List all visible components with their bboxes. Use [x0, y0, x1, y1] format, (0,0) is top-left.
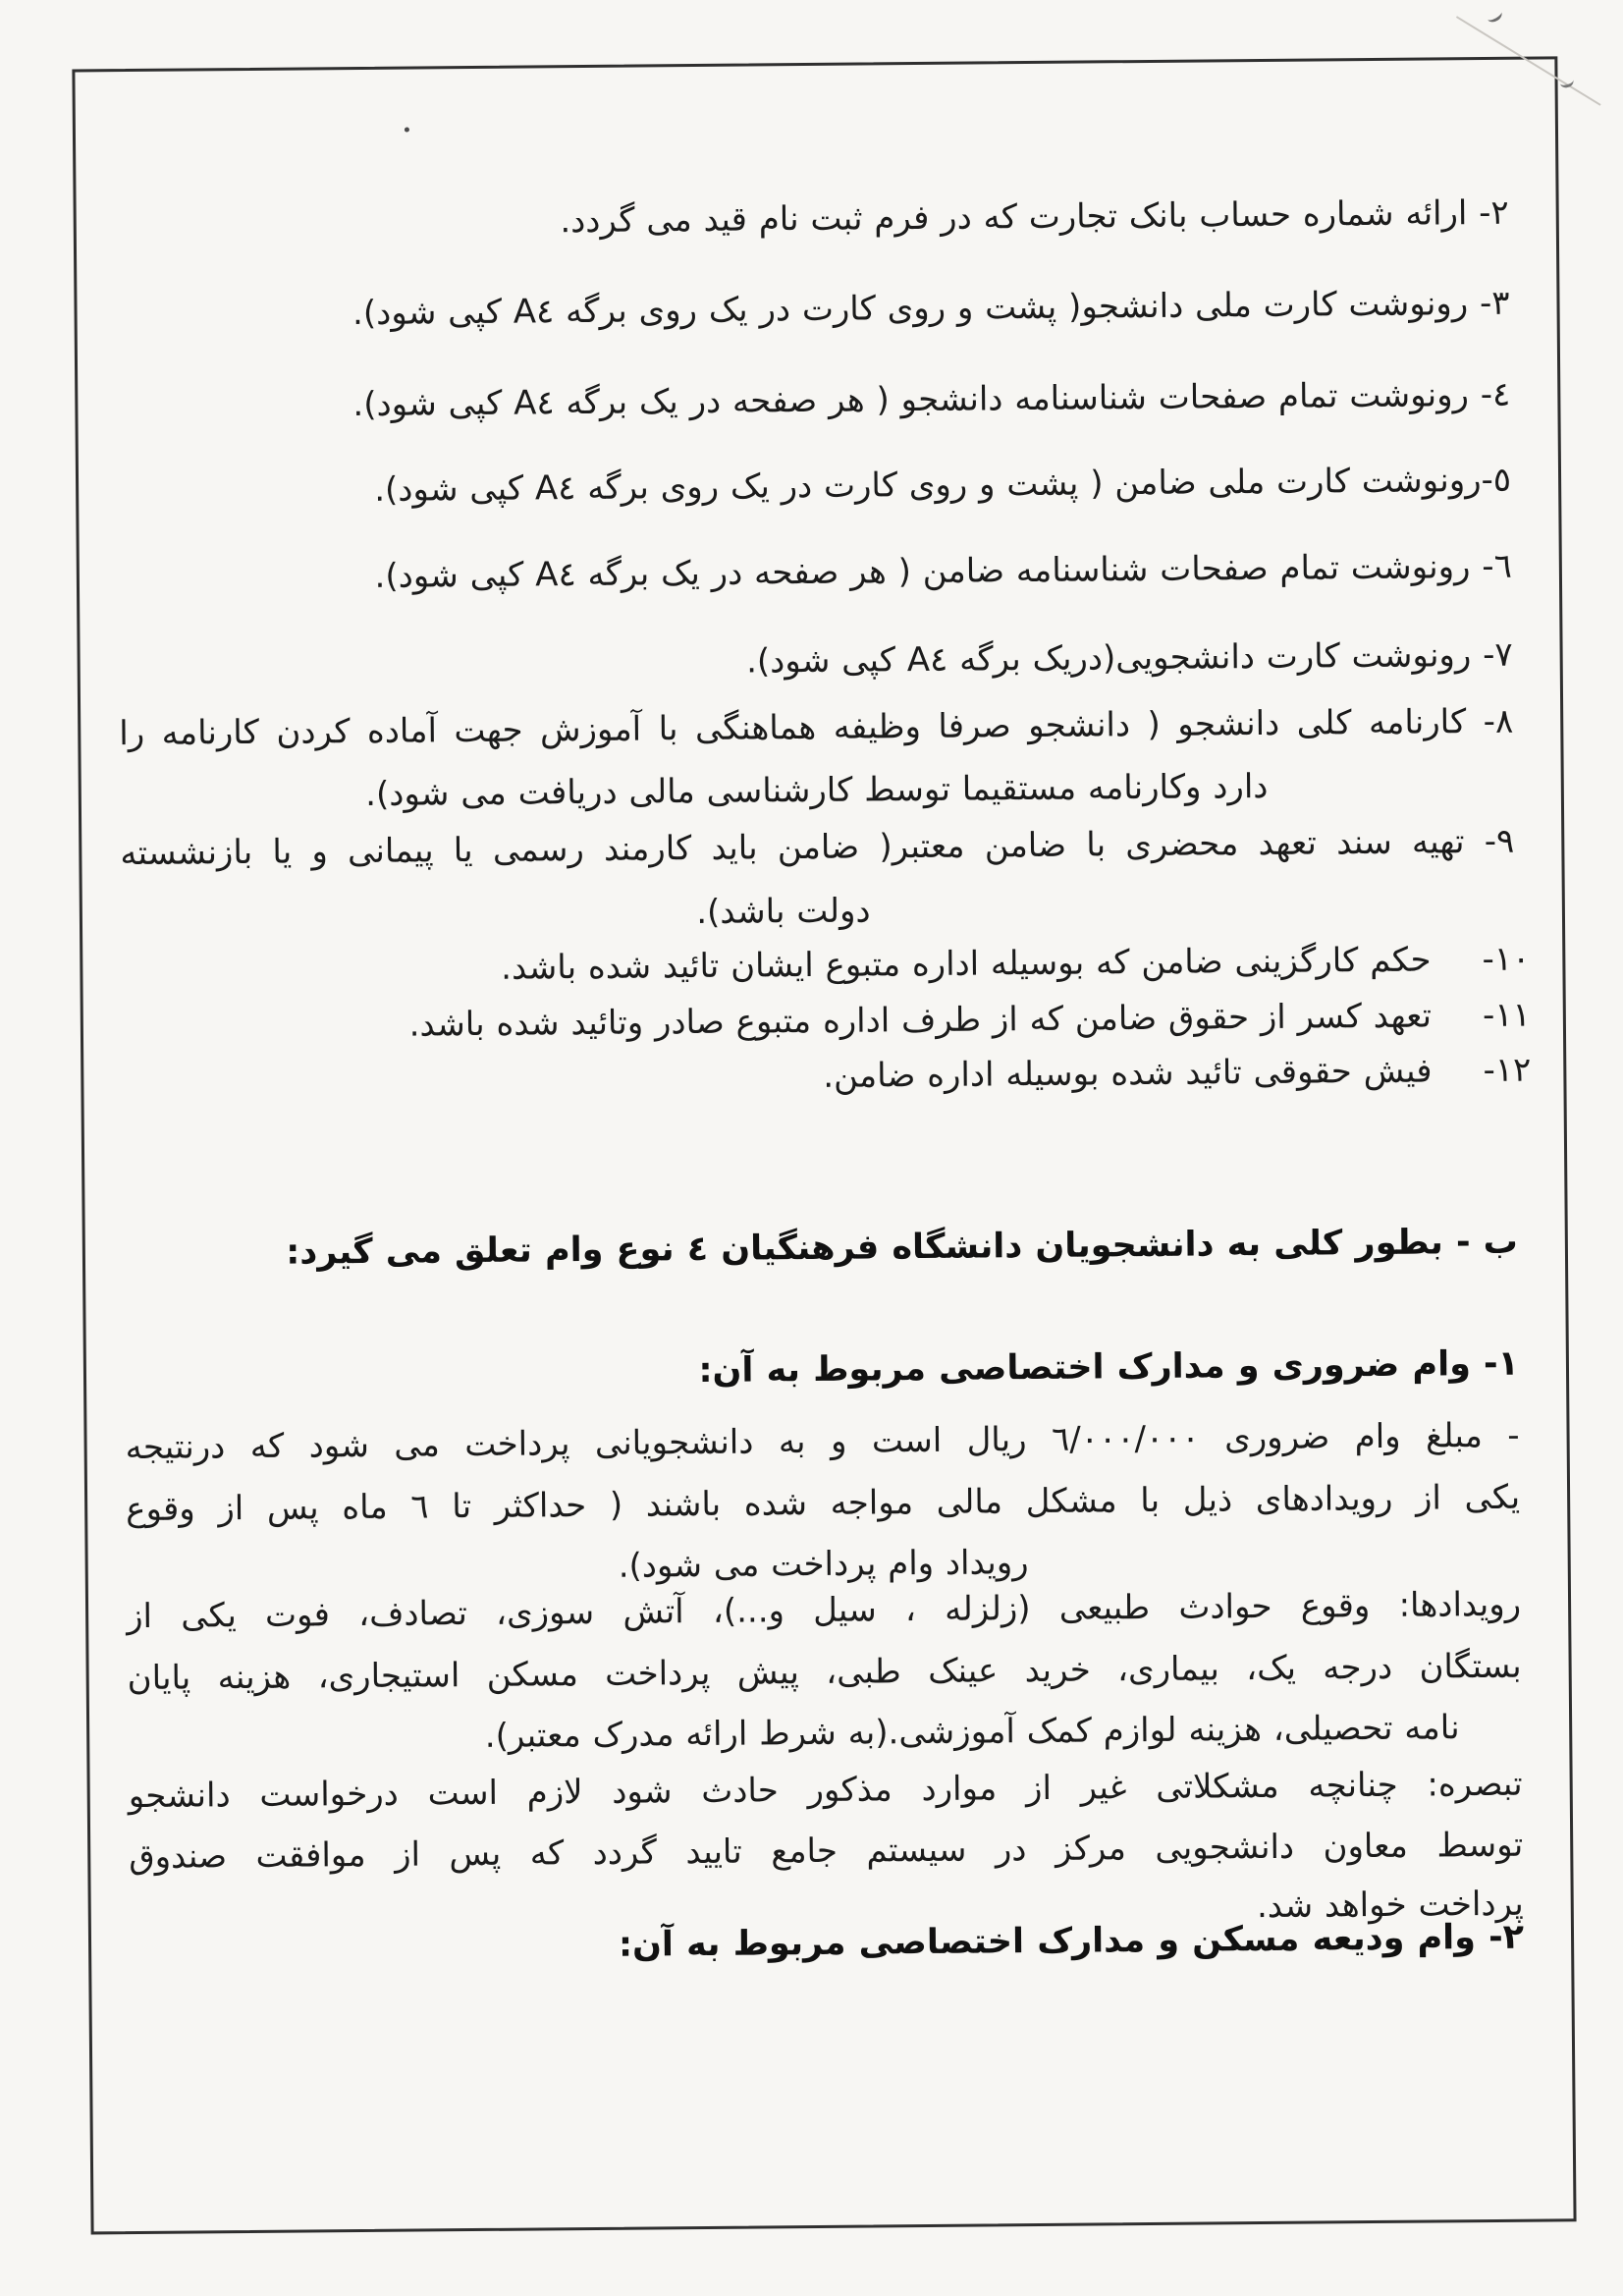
item-text: حکم کارگزینی ضامن که بوسیله اداره متبوع … [501, 940, 1432, 987]
item-text: تعهد کسر از حقوق ضامن که از طرف اداره مت… [408, 996, 1432, 1044]
scanned-page: ٢- ارائه شماره حساب بانک تجارت که در فرم… [0, 0, 1623, 2296]
pen-mark [1485, 7, 1504, 25]
ink-dot-artifact [405, 128, 409, 133]
item-number: ١١- [1483, 996, 1531, 1035]
item-text: فیش حقوقی تائید شده بوسیله اداره ضامن. [823, 1051, 1433, 1095]
item-number: ١٢- [1483, 1051, 1531, 1090]
item-number: ١٠- [1482, 940, 1530, 979]
